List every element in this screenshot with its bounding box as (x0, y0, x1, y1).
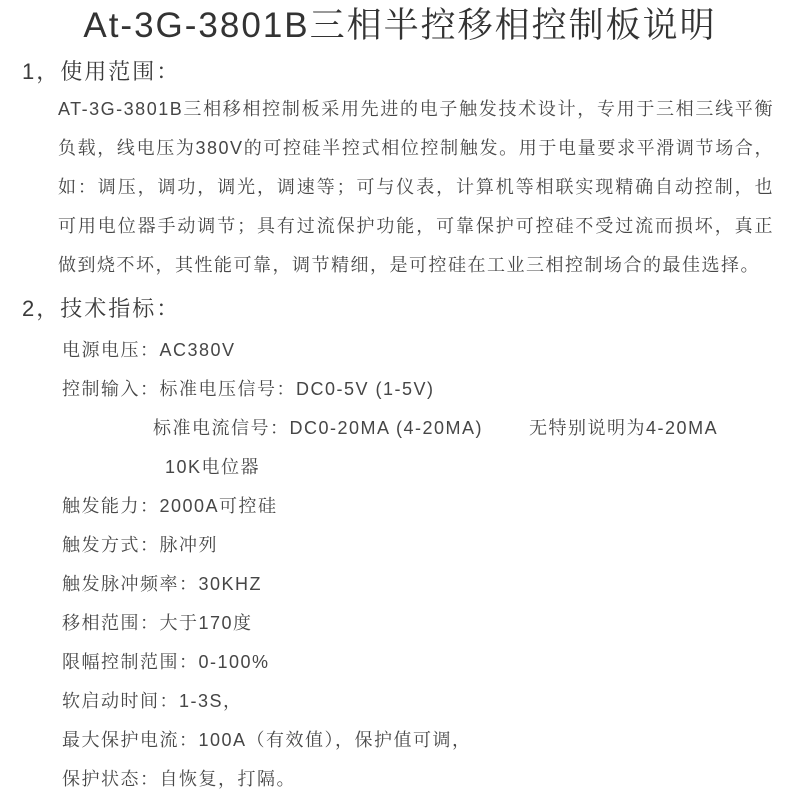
spec-text: 最大保护电流：100A（有效值），保护值可调， (62, 730, 472, 750)
spec-text: 软启动时间：1-3S， (62, 691, 243, 711)
document-page: At-3G-3801B三相半控移相控制板说明 1，使用范围： AT-3G-380… (0, 0, 800, 800)
spec-text: 10K电位器 (165, 457, 260, 477)
spec-trigger-capacity: 触发能力：2000A可控硅 (62, 487, 800, 526)
spec-power-voltage: 电源电压：AC380V (62, 331, 800, 370)
spec-phase-shift-range: 移相范围：大于170度 (62, 604, 800, 643)
spec-current-signal-note: 无特别说明为4-20MA (529, 418, 718, 438)
spec-amplitude-limit-range: 限幅控制范围：0-100% (62, 643, 800, 682)
spec-trigger-mode: 触发方式：脉冲列 (62, 526, 800, 565)
spec-max-protection-current: 最大保护电流：100A（有效值），保护值可调， (62, 721, 800, 760)
spec-text: 触发能力：2000A可控硅 (62, 496, 278, 516)
spec-text: 触发方式：脉冲列 (62, 535, 218, 555)
section-specs-heading: 2，技术指标： (22, 293, 800, 325)
spec-potentiometer: 10K电位器 (165, 448, 800, 487)
spec-text: 移相范围：大于170度 (62, 613, 253, 633)
spec-text: 电源电压：AC380V (62, 340, 236, 360)
spec-control-input: 控制输入：标准电压信号：DC0-5V (1-5V) (62, 370, 800, 409)
spec-text: 控制输入：标准电压信号：DC0-5V (1-5V) (62, 379, 435, 399)
spec-text: 标准电流信号：DC0-20MA (4-20MA) (153, 418, 483, 438)
spec-soft-start-time: 软启动时间：1-3S， (62, 682, 800, 721)
spec-protection-state: 保护状态：自恢复，打隔。 (62, 760, 800, 799)
spec-text: 触发脉冲频率：30KHZ (62, 574, 262, 594)
section-usage-heading: 1，使用范围： (22, 56, 800, 88)
spec-text: 限幅控制范围：0-100% (62, 652, 270, 672)
spec-list: 电源电压：AC380V 控制输入：标准电压信号：DC0-5V (1-5V) 标准… (62, 331, 800, 799)
document-title: At-3G-3801B三相半控移相控制板说明 (10, 4, 790, 48)
spec-current-signal: 标准电流信号：DC0-20MA (4-20MA)无特别说明为4-20MA (153, 409, 800, 448)
usage-paragraph: AT-3G-3801B三相移相控制板采用先进的电子触发技术设计，专用于三相三线平… (58, 90, 774, 285)
spec-text: 保护状态：自恢复，打隔。 (62, 769, 296, 789)
spec-pulse-frequency: 触发脉冲频率：30KHZ (62, 565, 800, 604)
